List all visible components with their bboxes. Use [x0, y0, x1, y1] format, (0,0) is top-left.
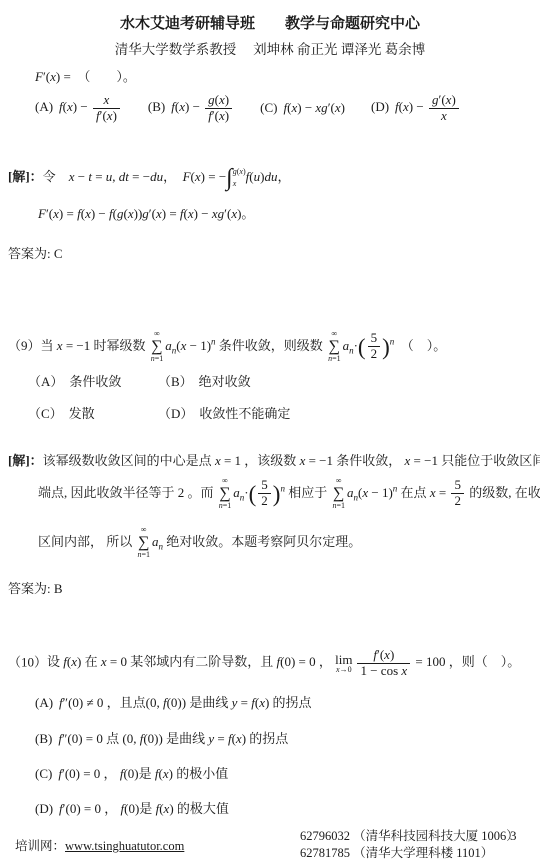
footer-phones: 62796032 （清华科技园科技大厦 1006） 62781785 （清华大学… [300, 828, 519, 862]
q10-stem: （10）设 f(x) 在 x = 0 某邻域内有二阶导数，且 f(0) = 0 … [8, 648, 520, 679]
q8-option-d: (D)f(x) − g′(x)x [371, 93, 461, 124]
q10-number: （10） [8, 654, 47, 669]
q10-option-c-label: (C) [35, 766, 52, 781]
q8-option-d-expr: f(x) − g′(x)x [395, 99, 461, 114]
q9-solution-line2: 端点, 因此收敛半径等于 2 。而 ∞∑n=1an·(52)n 相应于 ∞∑n=… [38, 477, 540, 511]
q10-option-d-label: (D) [35, 801, 53, 816]
q9-solution-line1: [解]：该幂级数收敛区间的中心是点 x = 1 ，该级数 x = −1 条件收敛… [8, 450, 540, 469]
q8-solution-line1-expr: 令 x − t = u, dt = −du， F(x) = −∫g(x)xf(u… [43, 169, 291, 184]
q10-option-b: (B)f″(0) = 0 点 (0, f(0)) 是曲线 y = f(x) 的拐… [35, 728, 288, 747]
q9-option-d-text: 收敛性不能确定 [199, 406, 290, 421]
q9-option-c-label: （C） [28, 406, 63, 421]
document-title: 水木艾迪考研辅导班 教学与命题研究中心 [0, 12, 540, 33]
q8-option-c: (C)f(x) − xg′(x) [260, 100, 345, 116]
document-page: 水木艾迪考研辅导班 教学与命题研究中心 清华大学数学系教授 刘坤林 俞正光 谭泽… [0, 0, 540, 867]
document-subtitle: 清华大学数学系教授 刘坤林 俞正光 谭泽光 葛余博 [0, 38, 540, 58]
footer-site: 培训网：www.tsinghuatutor.com [15, 836, 184, 854]
q9-option-d: （D）收敛性不能确定 [158, 403, 290, 422]
q10-option-c-expr: f′(0) = 0 ， f(0)是 f(x) 的极小值 [58, 766, 228, 781]
q9-option-a-text: 条件收敛 [69, 374, 121, 389]
q10-option-b-expr: f″(0) = 0 点 (0, f(0)) 是曲线 y = f(x) 的拐点 [58, 731, 288, 746]
q8-option-a: (A)f(x) − xf′(x) [35, 93, 122, 124]
q9-stem-expr: 当 x = −1 时幂级数 ∞∑n=1an(x − 1)n 条件收敛，则级数 ∞… [41, 338, 447, 353]
footer-phone-line1: 62796032 （清华科技园科技大厦 1006） [300, 828, 519, 845]
q9-option-b: （B）绝对收敛 [158, 371, 290, 390]
q8-answer: 答案为: C [8, 243, 63, 262]
q10-option-c: (C)f′(0) = 0 ， f(0)是 f(x) 的极小值 [35, 763, 228, 782]
q9-options: （A）条件收敛 （B）绝对收敛 （C）发散 （D）收敛性不能确定 [28, 371, 290, 422]
q9-option-c: （C）发散 [28, 403, 158, 422]
page-number: 3 [510, 828, 517, 844]
q8-option-b-expr: f(x) − g(x)f′(x) [171, 99, 234, 114]
q8-option-b: (B)f(x) − g(x)f′(x) [148, 93, 234, 124]
q8-solution-line1: [解]：令 x − t = u, dt = −du， F(x) = −∫g(x)… [8, 166, 290, 190]
q10-option-d-expr: f′(0) = 0 ， f(0)是 f(x) 的极大值 [59, 801, 229, 816]
q8-stem: F′(x) = （ ）。 [35, 66, 136, 85]
q9-option-b-text: 绝对收敛 [199, 374, 251, 389]
q9-solution-label: [解]： [8, 453, 43, 468]
q8-solution-label: [解]： [8, 169, 43, 184]
q9-option-d-label: （D） [158, 406, 193, 421]
q8-options: (A)f(x) − xf′(x) (B)f(x) − g(x)f′(x) (C)… [35, 93, 461, 124]
footer-site-link[interactable]: www.tsinghuatutor.com [65, 839, 184, 853]
footer-phone-line2: 62781785 （清华大学理科楼 1101） [300, 845, 519, 862]
q9-number: （9） [8, 338, 41, 353]
q10-option-d: (D)f′(0) = 0 ， f(0)是 f(x) 的极大值 [35, 798, 229, 817]
q9-solution-line3: 区间内部， 所以 ∞∑n=1an 绝对收敛。本题考察阿贝尔定理。 [38, 526, 361, 560]
q10-option-a: (A)f″(0) ≠ 0 ，且点(0, f(0)) 是曲线 y = f(x) 的… [35, 692, 312, 711]
q8-option-a-label: (A) [35, 99, 53, 114]
q10-option-a-expr: f″(0) ≠ 0 ，且点(0, f(0)) 是曲线 y = f(x) 的拐点 [59, 695, 312, 710]
footer-site-label: 培训网： [15, 839, 65, 853]
q9-option-a: （A）条件收敛 [28, 371, 158, 390]
q9-option-a-label: （A） [28, 374, 63, 389]
q8-option-d-label: (D) [371, 99, 389, 114]
q8-option-c-expr: f(x) − xg′(x) [283, 100, 345, 115]
q8-option-b-label: (B) [148, 99, 165, 114]
q8-option-a-expr: f(x) − xf′(x) [59, 99, 122, 114]
q9-stem: （9）当 x = −1 时幂级数 ∞∑n=1an(x − 1)n 条件收敛，则级… [8, 330, 446, 364]
q9-answer: 答案为: B [8, 578, 63, 597]
q9-option-c-text: 发散 [69, 406, 95, 421]
q9-option-b-label: （B） [158, 374, 193, 389]
q8-option-c-label: (C) [260, 100, 277, 115]
q10-stem-expr: 设 f(x) 在 x = 0 某邻域内有二阶导数，且 f(0) = 0 ， li… [47, 654, 520, 669]
q10-option-b-label: (B) [35, 731, 52, 746]
q8-solution-line2: F′(x) = f(x) − f(g(x))g′(x) = f(x) − xg′… [38, 203, 254, 222]
q9-solution-line1-text: 该幂级数收敛区间的中心是点 x = 1 ，该级数 x = −1 条件收敛， x … [43, 453, 540, 468]
q10-option-a-label: (A) [35, 695, 53, 710]
